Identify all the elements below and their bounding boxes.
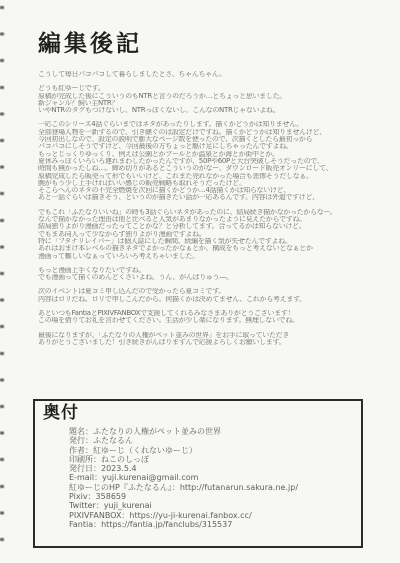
text-line: 内容はロリだね。ロリで申しこんだから。何描くかは決めてません、これから考えます。: [38, 296, 396, 303]
text-line: 夏休みっぽくいろいろ連れまわしたかったんですが、50Pや60Pと大台突破しそうだ…: [38, 158, 396, 165]
text-line: 漫画って難しいなぁっていろいろ考えちゃいました。: [38, 253, 396, 260]
text-line: Twitter：yuji_kurenai: [69, 501, 353, 510]
text-line: あといつもFantiaとPIXIVFANBOXで支援してくれるみなさまありがとう…: [38, 310, 396, 317]
text-line: もっとじっくりゆっくり、例えば公園とかプールとか温泉とか海とか街中とか。: [38, 151, 396, 158]
text-line: こうして毎日パコパコして暮らしましたとさ、ちゃんちゃん。: [38, 71, 396, 78]
afterword-paragraph: あといつもFantiaとPIXIVFANBOXで支援してくれるみなさまありがとう…: [38, 310, 396, 325]
colophon-title: 奥付: [43, 403, 353, 424]
text-line: 題名：ふたなりの人権がペット並みの世界: [69, 427, 353, 436]
text-line: でもこれ「ふたなりいいね」の時も3話ぐらいネタがあったのに、結局続き描かなかった…: [38, 209, 396, 216]
afterword-body: こうして毎日パコパコして暮らしましたとさ、ちゃんちゃん。 どうも紅ゆーじです。原…: [38, 71, 396, 346]
text-line: どうも紅ゆーじです。: [38, 85, 396, 92]
text-line: あれはおまけ本レベルの描きネタでよかったかなぁとか、構成をもっと考えないとなぁと…: [38, 245, 396, 252]
text-line: 特に「フタナリレイパー」は個人誌にした瞬間、続編を描く気が失せたんですよね。: [38, 238, 396, 245]
colophon-box: 奥付 題名：ふたなりの人権がペット並みの世界発行：ふたなるん作者：紅ゆーじ（くれ…: [33, 399, 363, 548]
text-line: 紅ゆーじのHP『ふたなるん』：http://futanarun.sakura.n…: [69, 483, 353, 492]
text-line: この場を借りてお礼を言わせてください。生活が少し楽になります。無理しないでね。: [38, 317, 396, 324]
afterword-paragraph: 一応このシリーズ4話ぐらいまではネタがあったりします。描くかどうかは知りません。…: [38, 121, 396, 201]
afterword-title: 編集後記: [38, 30, 396, 58]
text-line: なんで描かなかった理由は他と比べると人気があまりなかったように見えたからですね。: [38, 216, 396, 223]
text-line: ありがとうございました！引き続きがんばりますんで応援よろしくお願いします。: [38, 339, 396, 346]
text-line: Fantia：https://fantia.jp/fanclubs/315537: [69, 520, 353, 529]
text-line: パコパコにしそうですけど、今回最後の方ちょっと駆け足にしちゃったんですよね。: [38, 143, 396, 150]
text-line: Pixiv：358659: [69, 492, 353, 501]
text-line: でも漫画って描くのめんどくさいよね。うん、がんばりゅう―。: [38, 274, 396, 281]
text-line: もっと漫画上手くなりたいですね。: [38, 267, 396, 274]
text-line: あと一話ぐらいは描きそう、というのが描きたい話が一応あるんです。内容は外道ですけ…: [38, 194, 396, 201]
text-line: 全部登場人物を一新するので、引き継ぐのは設定だけですね。描くかどうかは知りません…: [38, 129, 396, 136]
text-line: 最後になりますが、「ふたなりの人権がペット並みの世界」をお手に取っていただき: [38, 332, 396, 339]
text-line: 一応このシリーズ4話ぐらいまではネタがあったりします。描くかどうかは知りません。: [38, 121, 396, 128]
text-line: 発行：ふたなるん: [69, 436, 353, 445]
afterword-paragraph: どうも紅ゆーじです。原稿が完成した後にこういうのもNTRと言うのだろうか…とちょ…: [38, 85, 396, 114]
text-line: でもまあ同人って少なからず独りよがり漫画ですよね。: [38, 231, 396, 238]
afterword-paragraph: でもこれ「ふたなりいいね」の時も3話ぐらいネタがあったのに、結局続き描かなかった…: [38, 209, 396, 260]
text-line: 時間も無かったしね…。締め切りがあるとこういうのがなー、ダウンロード販売オンリー…: [38, 165, 396, 172]
binding-marks: [0, 6, 4, 561]
text-line: 原稿完成したら販売って形でもいいけど、これまた売れなかった場合も悲惨そうだしなぁ…: [38, 173, 396, 180]
text-line: PIXIVFANBOX：https://yu-ji-kurenai.fanbox…: [69, 511, 353, 520]
text-line: そこらへんのネタの不完全燃焼を次回に描くかどうか…4話描くかは知らないけど、: [38, 187, 396, 194]
text-line: 今回初出しなので、設定の説明で膨大なページ数を使ったので、次描くとしたら最初っか…: [38, 136, 396, 143]
text-line: 印刷所：ねこのしっぽ: [69, 455, 353, 464]
afterword-paragraph: もっと漫画上手くなりたいですね。でも漫画って描くのめんどくさいよね。うん、がんば…: [38, 267, 396, 282]
text-line: 新ジャンル？飼い主NTR？: [38, 100, 396, 107]
text-line: 次のイベントは夏コミ申し込んだので受かったら夏コミです。: [38, 288, 396, 295]
text-line: 原稿が完成した後にこういうのもNTRと言うのだろうか…とちょっと思いました。: [38, 93, 396, 100]
afterword-section: 編集後記 こうして毎日パコパコして暮らしましたとさ、ちゃんちゃん。 どうも紅ゆー…: [38, 30, 396, 353]
text-line: いやNTRのタグもつけないし、NTRっぽくないし、こんなのNTRじゃないよね。: [38, 107, 396, 114]
text-line: 腕がもう少し上手ければいい感じの販売戦略も取れそうだったけど。: [38, 180, 396, 187]
afterword-paragraph: 次のイベントは夏コミ申し込んだので受かったら夏コミです。内容はロリだね。ロリで申…: [38, 288, 396, 303]
colophon-entries: 題名：ふたなりの人権がペット並みの世界発行：ふたなるん作者：紅ゆーじ（くれないゆ…: [69, 427, 353, 529]
afterword-paragraph: こうして毎日パコパコして暮らしましたとさ、ちゃんちゃん。: [38, 71, 396, 78]
afterword-paragraph: 最後になりますが、「ふたなりの人権がペット並みの世界」をお手に取っていただきあり…: [38, 332, 396, 347]
text-line: 作者：紅ゆーじ（くれないゆーじ）: [69, 446, 353, 455]
text-line: 発行日：2023.5.4: [69, 464, 353, 473]
scanned-page: 編集後記 こうして毎日パコパコして暮らしましたとさ、ちゃんちゃん。 どうも紅ゆー…: [0, 0, 400, 563]
text-line: E-mail：yuji.kurenai@gmail.com: [69, 473, 353, 482]
text-line: 結局独りよがり漫画だったってことかな？と分析してます。合ってるかは知らないけど。: [38, 223, 396, 230]
